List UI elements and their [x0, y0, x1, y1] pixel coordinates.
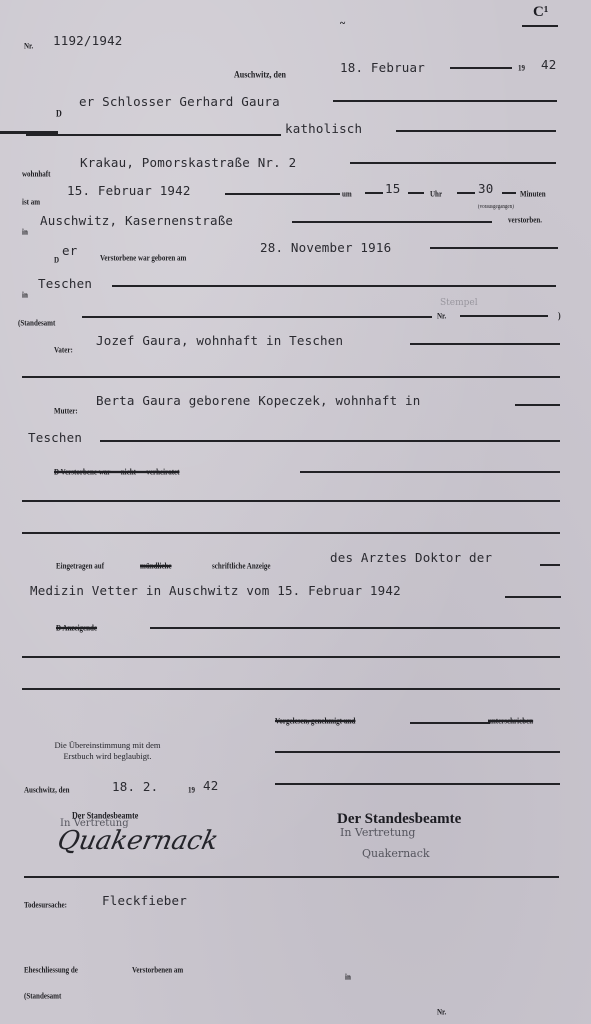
at-label: um — [342, 189, 352, 198]
top-mark: ~ — [340, 17, 345, 30]
entered-label: Eingetragen auf — [56, 561, 104, 570]
marriage-label2: Verstorbenen am — [132, 965, 183, 974]
section-divider — [24, 876, 559, 878]
residence-value: Krakau, Pomorskastraße Nr. 2 — [80, 155, 296, 170]
cert-year-prefix: 19 — [188, 785, 195, 794]
entered-value: des Arztes Doktor der — [330, 550, 492, 565]
died-on-line — [225, 193, 340, 195]
registrar-right-stamp: In Vertretung — [340, 826, 415, 839]
hour-dash-right — [408, 192, 424, 194]
death-certificate-page: ~ C¹ Nr. 1192/1942 Auschwitz, den 18. Fe… — [0, 0, 591, 1024]
hour-value: 15 — [385, 181, 400, 196]
signature-line-2 — [275, 783, 560, 785]
born-value: 28. November 1916 — [260, 240, 391, 255]
residence-label: wohnhaft — [22, 169, 50, 178]
minute-label: Minuten — [520, 189, 546, 198]
hour-dash-left — [365, 192, 383, 194]
date-line — [450, 67, 512, 69]
father-label: Vater: — [54, 345, 73, 354]
entered-struck: mündliche — [140, 561, 172, 570]
signature-left: Quakernack — [55, 826, 221, 856]
born-article: D — [54, 255, 59, 264]
reporter-line-2 — [22, 656, 560, 658]
read-line — [410, 722, 490, 724]
place-value: Auschwitz, Kasernenstraße — [40, 213, 233, 228]
died-on-value: 15. Februar 1942 — [67, 183, 191, 198]
father-value: Jozef Gaura, wohnhaft in Teschen — [96, 333, 343, 348]
born-line — [430, 247, 558, 249]
born-in-label: in — [22, 290, 28, 299]
number-value: 1192/1942 — [53, 33, 123, 48]
cause-value: Fleckfieber — [102, 893, 187, 908]
marriage-in-label: in — [345, 972, 351, 981]
died-on-label: ist am — [22, 197, 40, 206]
religion-value: katholisch — [285, 121, 362, 136]
place-date-label: Auschwitz, den — [234, 69, 286, 79]
hour-label: Uhr — [430, 189, 442, 198]
cert-place-label: Auschwitz, den — [24, 785, 70, 794]
number-label: Nr. — [24, 41, 33, 50]
born-in-value: Teschen — [38, 276, 92, 291]
registry-label: (Standesamt — [18, 318, 55, 327]
certify-text: Die Übereinstimmung mit dem Erstbuch wir… — [35, 740, 180, 762]
marriage-nr-label: Nr. — [437, 1007, 446, 1016]
registry-nr-label: Nr. — [437, 311, 446, 320]
form-code-underline — [522, 25, 558, 27]
born-typed: er — [62, 243, 77, 258]
marital-line — [300, 471, 560, 473]
cause-label: Todesursache: — [24, 900, 67, 909]
article-d: D — [56, 108, 62, 118]
date-value: 18. Februar — [340, 60, 425, 75]
mother-value: Berta Gaura geborene Kopeczek, wohnhaft … — [96, 393, 420, 408]
in-label: in — [22, 227, 28, 236]
read-label: Vorgelesen, genehmigt und — [275, 716, 355, 725]
father-line — [410, 343, 560, 345]
place-line — [292, 221, 492, 223]
mother-line-2 — [100, 440, 560, 442]
blank-line-1 — [22, 500, 560, 502]
entered-line-2 — [505, 596, 561, 598]
registry-close: ) — [558, 310, 561, 320]
religion-line-right — [396, 130, 556, 132]
reporter-line — [150, 627, 560, 629]
entered-line — [540, 564, 560, 566]
mother-label: Mutter: — [54, 406, 78, 415]
died-label: verstorben. — [508, 215, 542, 224]
faint-stamp: Stempel — [440, 298, 478, 308]
year-prefix: 19 — [518, 63, 525, 72]
minute-dash-left — [457, 192, 475, 194]
mother-line — [515, 404, 560, 406]
entered-value-cont: Medizin Vetter in Auschwitz vom 15. Febr… — [30, 583, 401, 598]
year-suffix: 42 — [541, 57, 556, 72]
minute-value: 30 — [478, 181, 493, 196]
deceased-name: er Schlosser Gerhard Gaura — [79, 94, 280, 109]
signature-line-1 — [275, 751, 560, 753]
cert-date-value: 18. 2. — [112, 779, 158, 794]
registry-nr-line — [460, 315, 548, 317]
cert-year-suffix: 42 — [203, 778, 218, 793]
reporter-label: D Anzeigende — [56, 623, 97, 632]
small-note: (vorausgegangen) — [478, 205, 514, 211]
father-line-2 — [22, 376, 560, 378]
blank-line-2 — [22, 532, 560, 534]
deceased-line — [333, 100, 557, 102]
certify-line-2: Erstbuch wird beglaubigt. — [35, 751, 180, 762]
mother-value-cont: Teschen — [28, 430, 82, 445]
born-label: Verstorbene war geboren am — [100, 253, 186, 262]
signed-label: unterschrieben — [488, 716, 533, 725]
minute-dash-right — [502, 192, 516, 194]
religion-line-left — [26, 134, 281, 136]
born-in-line — [112, 285, 556, 287]
certify-line-1: Die Übereinstimmung mit dem — [35, 740, 180, 751]
residence-line — [350, 162, 556, 164]
marital-label: D Verstorbene war — nicht — verheiratet — [54, 467, 179, 476]
registrar-right-name: Quakernack — [362, 847, 430, 860]
reporter-line-3 — [22, 688, 560, 690]
registry-line — [82, 316, 432, 318]
marriage-registry-label: (Standesamt — [24, 991, 61, 1000]
marriage-label: Eheschliessung de — [24, 965, 78, 974]
entered-label2: schriftliche Anzeige — [212, 561, 271, 570]
form-code: C¹ — [533, 4, 548, 21]
